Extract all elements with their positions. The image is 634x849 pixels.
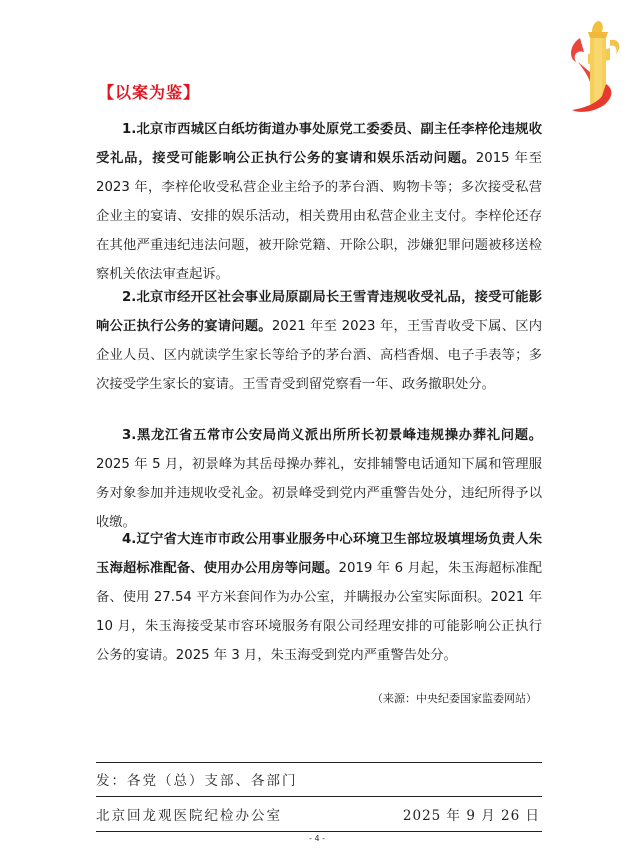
divider-top [96, 762, 542, 763]
case-title: 3.黑龙江省五常市公安局尚义派出所所长初景峰违规操办葬礼问题。 [122, 428, 542, 443]
issuer-name: 北京回龙观医院纪检办公室 [96, 804, 282, 824]
case-item-3: 3.黑龙江省五常市公安局尚义派出所所长初景峰违规操办葬礼问题。2025 年 5 … [96, 421, 542, 537]
case-item-4: 4.辽宁省大连市市政公用事业服务中心环境卫生部垃圾填埋场负责人朱玉海超标准配备、… [96, 525, 542, 670]
case-item-2: 2.北京市经开区社会事业局原副局长王雪青违规收受礼品，接受可能影响公正执行公务的… [96, 283, 542, 399]
case-body: 2025 年 5 月，初景峰为其岳母操办葬礼，安排辅警电话通知下属和管理服务对象… [96, 457, 542, 530]
distribution-line: 发：各党（总）支部、各部门 [96, 769, 298, 789]
case-body: 2015 年至 2023 年，李梓伦收受私营企业主给予的茅台酒、购物卡等；多次接… [96, 151, 542, 282]
huabiao-pillar-icon [566, 10, 626, 115]
divider-middle [96, 796, 542, 797]
case-body: 2019 年 6 月起，朱玉海超标准配备、使用 27.54 平方米套间作为办公室… [96, 561, 542, 663]
section-heading: 【以案为鉴】 [98, 80, 200, 103]
page-number: - 4 - [0, 834, 634, 843]
case-item-1: 1.北京市西城区白纸坊街道办事处原党工委委员、副主任李梓伦违规收受礼品，接受可能… [96, 115, 542, 289]
issue-date: 2025 年 9 月 26 日 [403, 804, 540, 824]
source-note: （来源：中央纪委国家监委网站） [372, 690, 537, 706]
divider-bottom [96, 831, 542, 832]
